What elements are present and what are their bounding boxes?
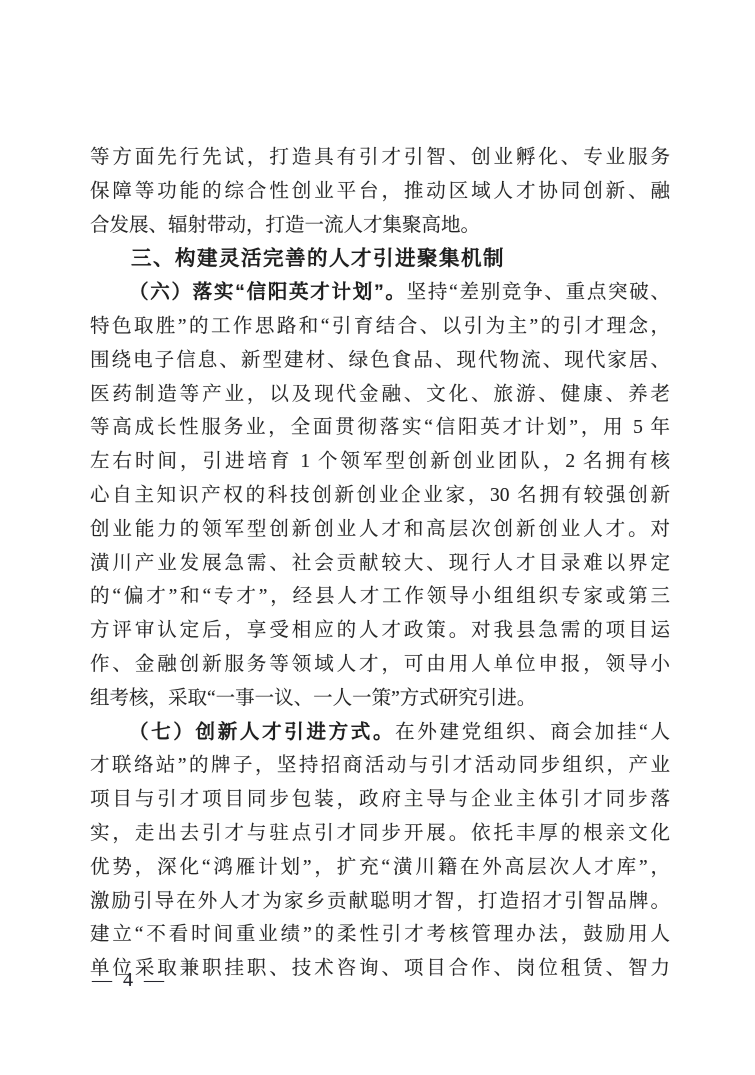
text-line: 心自主知识产权的科技创新创业企业家，30 名拥有较强创新 bbox=[90, 479, 670, 513]
text-line: 项目与引才项目同步包装，政府主导与企业主体引才同步落 bbox=[90, 783, 670, 817]
text-line: 作、金融创新服务等领域人才，可由用人单位申报，领导小 bbox=[90, 648, 670, 682]
paragraph-lead: （七）创新人才引进方式。 bbox=[129, 721, 395, 743]
text-line: 创业能力的领军型创新创业人才和高层次创新创业人才。对 bbox=[90, 513, 670, 547]
text-line: 才联络站”的牌子，坚持招商活动与引才活动同步组织，产业 bbox=[90, 749, 670, 783]
line-text: 医药制造等产业，以及现代金融、文化、旅游、健康、养老 bbox=[90, 384, 670, 405]
text-line: 潢川产业发展急需、社会贡献较大、现行人才目录难以界定 bbox=[90, 547, 670, 581]
text-line: 特色取胜”的工作思路和“引育结合、以引为主”的引才理念， bbox=[90, 310, 670, 344]
line-text: 左右时间，引进培育 1 个领军型创新创业团队，2 名拥有核 bbox=[90, 451, 670, 472]
text-line: 的“偏才”和“专才”，经县人才工作领导小组组织专家或第三 bbox=[90, 580, 670, 614]
line-text: 实，走出去引才与驻点引才同步开展。依托丰厚的根亲文化 bbox=[90, 823, 670, 844]
text-line: （七）创新人才引进方式。在外建党组织、商会加挂“人 bbox=[90, 716, 670, 750]
line-text: 心自主知识产权的科技创新创业企业家，30 名拥有较强创新 bbox=[90, 485, 670, 506]
text-line: 优势，深化“鸿雁计划”，扩充“潢川籍在外高层次人才库”， bbox=[90, 851, 670, 885]
line-text: 三、构建灵活完善的人才引进聚集机制 bbox=[131, 247, 505, 270]
line-text: 创业能力的领军型创新创业人才和高层次创新创业人才。对 bbox=[90, 519, 670, 540]
line-text: 项目与引才项目同步包装，政府主导与企业主体引才同步落 bbox=[90, 789, 670, 810]
line-text: 的“偏才”和“专才”，经县人才工作领导小组组织专家或第三 bbox=[90, 586, 670, 607]
line-text: 组考核，采取“一事一议、一人一策”方式研究引进。 bbox=[90, 688, 536, 709]
text-line: 左右时间，引进培育 1 个领军型创新创业团队，2 名拥有核 bbox=[90, 445, 670, 479]
line-text: 保障等功能的综合性创业平台，推动区域人才协同创新、融 bbox=[90, 181, 670, 202]
text-line: 医药制造等产业，以及现代金融、文化、旅游、健康、养老 bbox=[90, 378, 670, 412]
section-heading: 三、构建灵活完善的人才引进聚集机制 bbox=[90, 242, 670, 276]
text-line: 保障等功能的综合性创业平台，推动区域人才协同创新、融 bbox=[90, 175, 670, 209]
line-text: 坚持“差别竞争、重点突破、 bbox=[407, 282, 670, 303]
line-text: 才联络站”的牌子，坚持招商活动与引才活动同步组织，产业 bbox=[90, 755, 670, 776]
page-number: — 4 — bbox=[92, 965, 167, 995]
line-text: 等高成长性服务业，全面贯彻落实“信阳英才计划”，用 5 年 bbox=[90, 417, 670, 438]
text-line: 等高成长性服务业，全面贯彻落实“信阳英才计划”，用 5 年 bbox=[90, 411, 670, 445]
text-line: 组考核，采取“一事一议、一人一策”方式研究引进。 bbox=[90, 682, 670, 716]
text-line: 单位采取兼职挂职、技术咨询、项目合作、岗位租赁、智力 bbox=[90, 952, 670, 986]
paragraph-lead: （六）落实“信阳英才计划”。 bbox=[129, 281, 407, 303]
text-line: 合发展、辐射带动，打造一流人才集聚高地。 bbox=[90, 209, 670, 243]
document-page: 等方面先行先试，打造具有引才引智、创业孵化、专业服务保障等功能的综合性创业平台，… bbox=[0, 0, 755, 1075]
text-line: 建立“不看时间重业绩”的柔性引才考核管理办法，鼓励用人 bbox=[90, 918, 670, 952]
line-text: 潢川产业发展急需、社会贡献较大、现行人才目录难以界定 bbox=[90, 553, 670, 574]
line-text: 单位采取兼职挂职、技术咨询、项目合作、岗位租赁、智力 bbox=[90, 958, 670, 979]
line-text: 等方面先行先试，打造具有引才引智、创业孵化、专业服务 bbox=[90, 147, 670, 168]
line-text: 建立“不看时间重业绩”的柔性引才考核管理办法，鼓励用人 bbox=[90, 924, 670, 945]
text-line: 实，走出去引才与驻点引才同步开展。依托丰厚的根亲文化 bbox=[90, 817, 670, 851]
line-text: 激励引导在外人才为家乡贡献聪明才智，打造招才引智品牌。 bbox=[90, 891, 670, 912]
line-text: 方评审认定后，享受相应的人才政策。对我县急需的项目运 bbox=[90, 620, 670, 641]
line-text: 在外建党组织、商会加挂“人 bbox=[395, 722, 670, 743]
text-line: （六）落实“信阳英才计划”。坚持“差别竞争、重点突破、 bbox=[90, 276, 670, 310]
line-text: 围绕电子信息、新型建材、绿色食品、现代物流、现代家居、 bbox=[90, 350, 670, 371]
line-text: 合发展、辐射带动，打造一流人才集聚高地。 bbox=[90, 215, 480, 236]
line-text: 优势，深化“鸿雁计划”，扩充“潢川籍在外高层次人才库”， bbox=[90, 857, 670, 878]
document-body: 等方面先行先试，打造具有引才引智、创业孵化、专业服务保障等功能的综合性创业平台，… bbox=[90, 141, 670, 986]
text-line: 围绕电子信息、新型建材、绿色食品、现代物流、现代家居、 bbox=[90, 344, 670, 378]
text-line: 等方面先行先试，打造具有引才引智、创业孵化、专业服务 bbox=[90, 141, 670, 175]
text-line: 方评审认定后，享受相应的人才政策。对我县急需的项目运 bbox=[90, 614, 670, 648]
line-text: 作、金融创新服务等领域人才，可由用人单位申报，领导小 bbox=[90, 654, 670, 675]
text-line: 激励引导在外人才为家乡贡献聪明才智，打造招才引智品牌。 bbox=[90, 885, 670, 919]
line-text: 特色取胜”的工作思路和“引育结合、以引为主”的引才理念， bbox=[90, 316, 670, 337]
